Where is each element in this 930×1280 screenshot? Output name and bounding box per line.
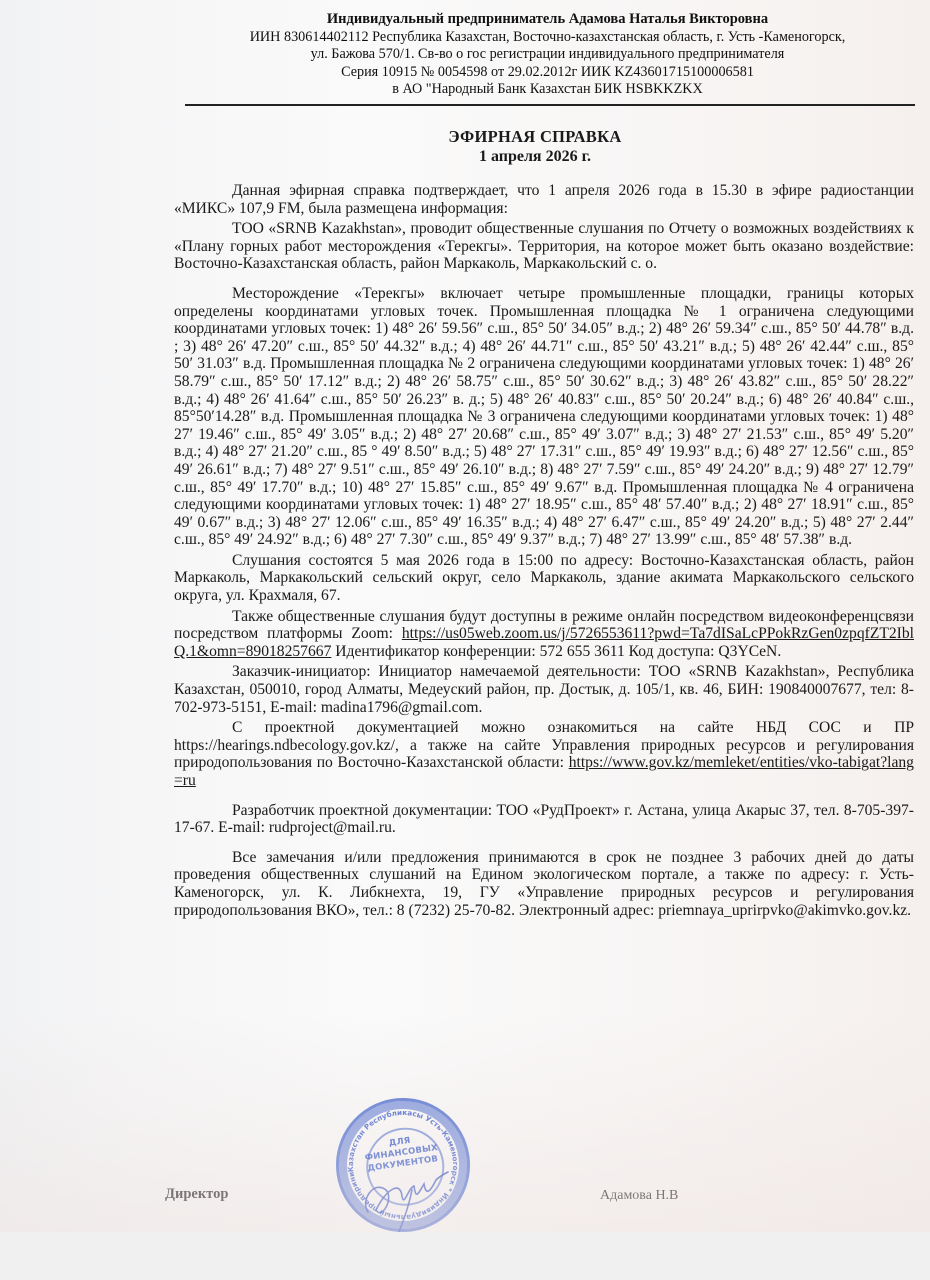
signatory-name: Адамова Н.В: [600, 1188, 678, 1204]
document-body: Данная эфирная справка подтверждает, что…: [174, 182, 914, 919]
letterhead-series-iik: Серия 10915 № 0054598 от 29.02.2012г ИИК…: [185, 64, 910, 82]
document-date: 1 апреля 2026 г.: [160, 147, 910, 167]
letterhead: Индивидуальный предприниматель Адамова Н…: [185, 11, 910, 99]
title-block: ЭФИРНАЯ СПРАВКА 1 апреля 2026 г.: [160, 127, 910, 167]
paragraph-customer-initiator: Заказчик-инициатор: Инициатор намечаемой…: [174, 663, 914, 716]
document-page: Индивидуальный предприниматель Адамова Н…: [0, 0, 930, 1232]
handwritten-signature: [356, 1150, 456, 1240]
paragraph-online-access: Также общественные слушания будут доступ…: [174, 608, 914, 661]
background-strip: [0, 1232, 930, 1280]
letterhead-entrepreneur-name: Индивидуальный предприниматель Адамова Н…: [185, 11, 910, 29]
paragraph-developer: Разработчик проектной документации: ТОО …: [174, 802, 914, 837]
paragraph-comments: Все замечания и/или предложения принимаю…: [174, 849, 914, 919]
letterhead-iin-address: ИИН 830614402112 Республика Казахстан, В…: [185, 29, 910, 47]
paragraph-deposit-coordinates: Месторождение «Терекгы» включает четыре …: [174, 285, 914, 549]
signatory-role: Директор: [165, 1186, 228, 1203]
letterhead-street-registration: ул. Бажова 570/1. Св-во о гос регистраци…: [185, 46, 910, 64]
paragraph-project-documentation: С проектной документацией можно ознакоми…: [174, 719, 914, 789]
paragraph-hearing-announcement: ТОО «SRNB Kazakhstan», проводит обществе…: [174, 220, 914, 273]
paragraph-broadcast-confirmation: Данная эфирная справка подтверждает, что…: [174, 182, 914, 217]
letterhead-bank: в АО "Народный Банк Казахстан БИК HSBKKZ…: [185, 81, 910, 99]
conference-id-and-code: Идентификатор конференции: 572 655 3611 …: [331, 643, 781, 660]
document-title: ЭФИРНАЯ СПРАВКА: [160, 127, 910, 147]
paragraph-hearing-venue: Слушания состоятся 5 мая 2026 года в 15:…: [174, 552, 914, 605]
letterhead-divider: [185, 104, 915, 106]
